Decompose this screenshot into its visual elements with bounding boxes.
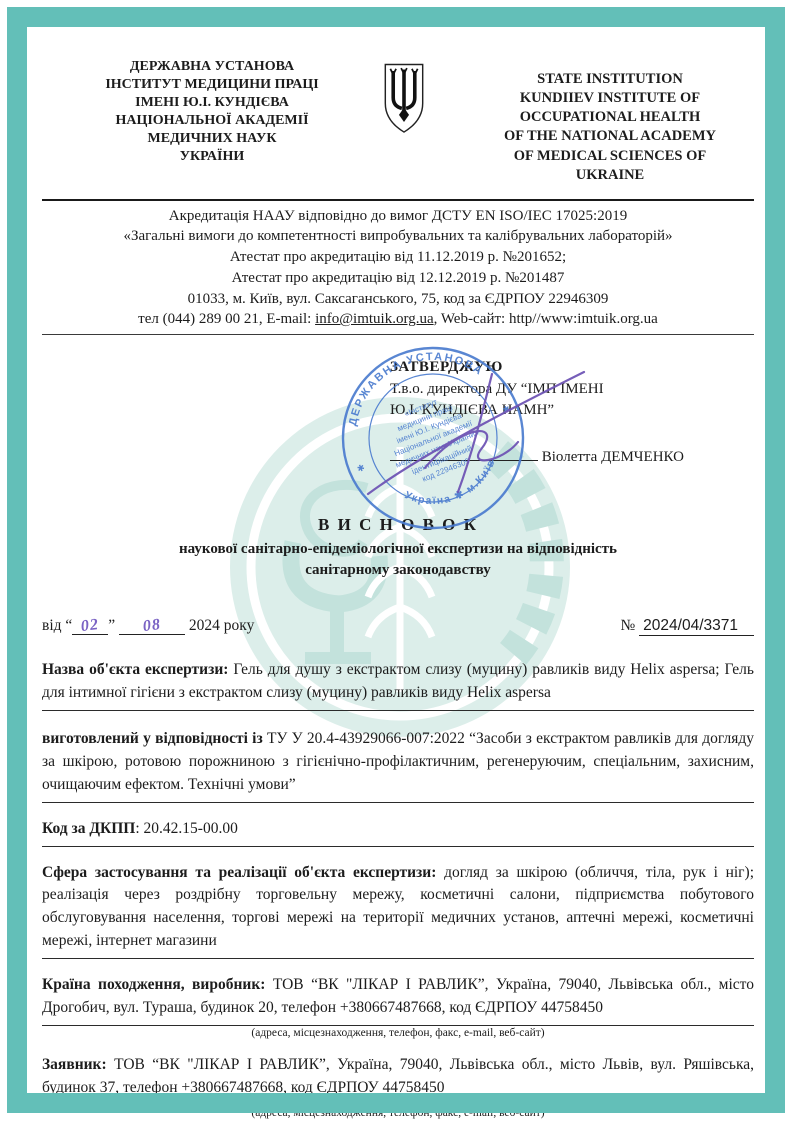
section-text: ТОВ “ВК "ЛІКАР І РАВЛИК”, Україна, 79040… [42,1056,754,1096]
header-divider [42,199,754,201]
handwritten-month: 08 [142,617,162,635]
document-number: № 2024/04/3371 [621,617,755,635]
section-label: Сфера застосування та реалізації об'єкта… [42,864,436,881]
date-month-slot: 08 [119,618,185,635]
signature [330,352,620,502]
org-en-line: STATE INSTITUTION [466,70,754,89]
section-label: Країна походження, виробник: [42,976,265,993]
subtitle-line: санітарному законодавству [42,560,754,581]
accreditation-line: Атестат про акредитацію від 11.12.2019 р… [42,247,754,268]
section-scope: Сфера застосування та реалізації об'єкта… [42,862,754,960]
date-year: 2024 року [189,617,254,634]
ukraine-trident-icon [381,60,427,138]
section-label: виготовлений у відповідності із [42,730,263,747]
org-en-line: KUNDIIEV INSTITUTE OF [466,89,754,108]
accreditation-line: Акредитація НААУ відповідно до вимог ДСТ… [42,206,754,227]
date-prefix: від “ [42,617,72,634]
accreditation-line: Атестат про акредитацію від 12.12.2019 р… [42,268,754,289]
date-mid: ” [108,617,115,634]
org-name-ukrainian: ДЕРЖАВНА УСТАНОВА ІНСТИТУТ МЕДИЦИНИ ПРАЦ… [62,58,362,165]
section-manufactured-per: виготовлений у відповідності із ТУ У 20.… [42,728,754,803]
org-ua-line: ДЕРЖАВНА УСТАНОВА [62,58,362,76]
section-label: Заявник: [42,1056,107,1073]
section-label: Код за ДКПП [42,820,135,837]
date-number-row: від “02” 08 2024 року № 2024/04/3371 [42,617,754,635]
accreditation-block: Акредитація НААУ відповідно до вимог ДСТ… [42,206,754,330]
accreditation-divider [42,334,754,335]
org-en-line: UKRAINE [466,166,754,185]
handwritten-day: 02 [80,617,100,635]
number-sign: № [621,617,636,634]
org-ua-line: УКРАЇНИ [62,148,362,166]
org-ua-line: ІНСТИТУТ МЕДИЦИНИ ПРАЦІ [62,76,362,94]
accreditation-line: «Загальні вимоги до компетентності випро… [42,226,754,247]
org-en-line: OF THE NATIONAL ACADEMY [466,127,754,146]
letterhead: ДЕРЖАВНА УСТАНОВА ІНСТИТУТ МЕДИЦИНИ ПРАЦ… [42,58,754,185]
section-dkpp-code: Код за ДКПП: 20.42.15-00.00 [42,818,754,847]
address-caption: (адреса, місцезнаходження, телефон, факс… [42,1107,754,1119]
address-caption: (адреса, місцезнаходження, телефон, факс… [42,1027,754,1039]
section-manufacturer: Країна походження, виробник: ТОВ “ВК "ЛІ… [42,974,754,1026]
contact-prefix: тел (044) 289 00 21, E-mail: [138,311,315,327]
number-value: 2024/04/3371 [639,617,754,636]
org-ua-line: НАЦІОНАЛЬНОЇ АКАДЕМІЇ [62,112,362,130]
accreditation-line: 01033, м. Київ, вул. Саксаганського, 75,… [42,289,754,310]
date-field: від “02” 08 2024 року [42,617,254,635]
section-applicant: Заявник: ТОВ “ВК "ЛІКАР І РАВЛИК”, Украї… [42,1054,754,1106]
org-en-line: OCCUPATIONAL HEALTH [466,108,754,127]
date-day-slot: 02 [72,618,108,635]
org-name-english: STATE INSTITUTION KUNDIIEV INSTITUTE OF … [466,70,754,185]
section-object-name: Назва об'єкта експертизи: Гель для душу … [42,659,754,711]
email-text: info@imtuik.org.ua [315,311,434,327]
section-text: : 20.42.15-00.00 [135,820,237,837]
org-ua-line: ІМЕНІ Ю.І. КУНДІЄВА [62,94,362,112]
contact-line: тел (044) 289 00 21, E-mail: info@imtuik… [42,309,754,330]
document-page: ДЕРЖАВНА УСТАНОВА ІНСТИТУТ МЕДИЦИНИ ПРАЦ… [0,0,794,1122]
org-en-line: OF MEDICAL SCIENCES OF [466,147,754,166]
org-ua-line: МЕДИЧНИХ НАУК [62,130,362,148]
section-label: Назва об'єкта експертизи: [42,661,228,678]
